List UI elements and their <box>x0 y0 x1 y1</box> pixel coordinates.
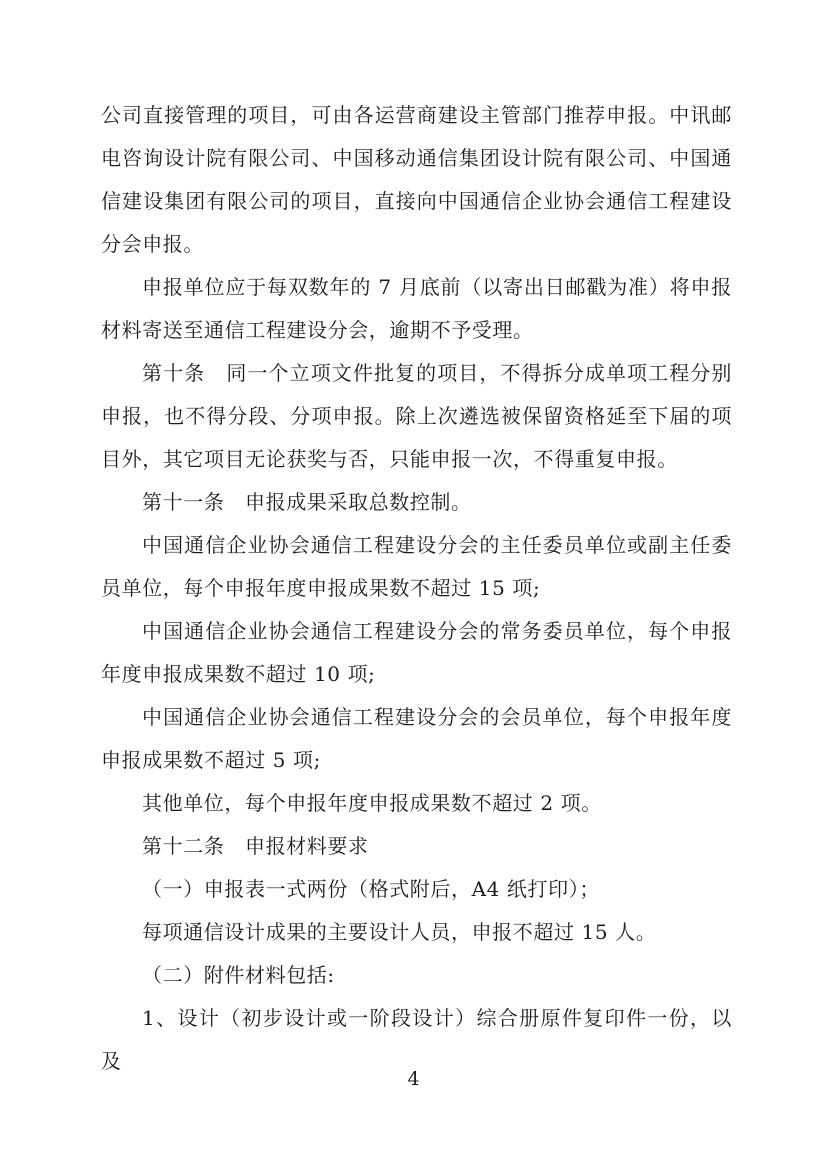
paragraph: 其他单位，每个申报年度申报成果数不超过 2 项。 <box>101 782 732 825</box>
paragraph: 第十二条 申报材料要求 <box>101 825 732 868</box>
paragraph: （一）申报表一式两份（格式附后，A4 纸打印）； <box>101 868 732 911</box>
page-number: 4 <box>407 1068 419 1090</box>
paragraph: 中国通信企业协会通信工程建设分会的主任委员单位或副主任委员单位，每个申报年度申报… <box>101 524 732 610</box>
paragraph: 第十条 同一个立项文件批复的项目，不得拆分成单项工程分别申报，也不得分段、分项申… <box>101 352 732 481</box>
document-page: 公司直接管理的项目，可由各运营商建设主管部门推荐申报。中讯邮电咨询设计院有限公司… <box>0 0 827 1169</box>
paragraph: （二）附件材料包括: <box>101 954 732 997</box>
paragraph: 公司直接管理的项目，可由各运营商建设主管部门推荐申报。中讯邮电咨询设计院有限公司… <box>101 94 732 266</box>
paragraph: 中国通信企业协会通信工程建设分会的常务委员单位，每个申报年度申报成果数不超过 1… <box>101 610 732 696</box>
paragraph: 中国通信企业协会通信工程建设分会的会员单位，每个申报年度申报成果数不超过 5 项… <box>101 696 732 782</box>
document-body: 公司直接管理的项目，可由各运营商建设主管部门推荐申报。中讯邮电咨询设计院有限公司… <box>101 94 732 1083</box>
paragraph: 每项通信设计成果的主要设计人员，申报不超过 15 人。 <box>101 911 732 954</box>
paragraph: 申报单位应于每双数年的 7 月底前（以寄出日邮戳为准）将申报材料寄送至通信工程建… <box>101 266 732 352</box>
paragraph: 第十一条 申报成果采取总数控制。 <box>101 481 732 524</box>
page-footer: 4 <box>0 1068 827 1090</box>
